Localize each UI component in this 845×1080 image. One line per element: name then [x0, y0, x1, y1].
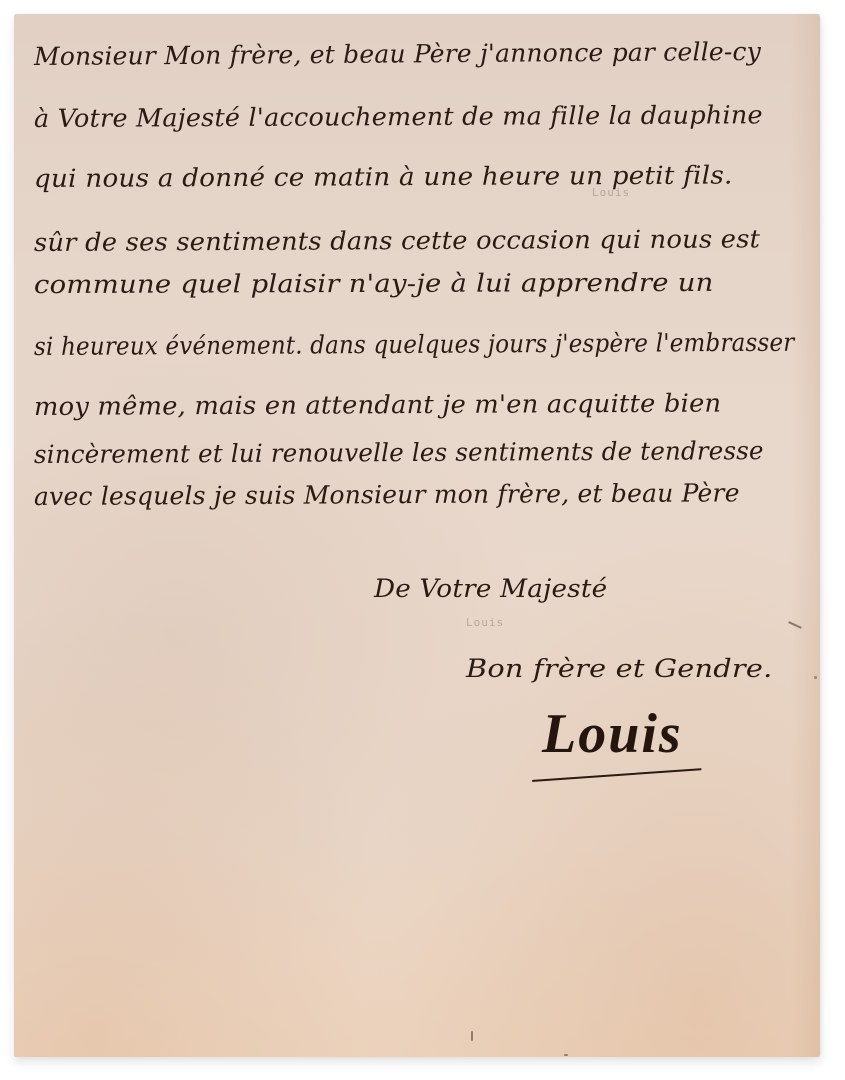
closing-line-2: Bon frère et Gendre. — [466, 654, 772, 683]
letter-line-5: commune quel plaisir n'ay-je à lui appre… — [34, 268, 714, 299]
signature-underline — [532, 768, 702, 782]
stamp-mark-middle: Louis — [466, 616, 504, 629]
letter-paper: Monsieur Mon frère, et beau Père j'annon… — [14, 14, 820, 1057]
ink-speck — [814, 676, 817, 679]
closing-line-1: De Votre Majesté — [374, 574, 607, 603]
letter-line-9: avec lesquels je suis Monsieur mon frère… — [34, 478, 740, 511]
letter-line-1: Monsieur Mon frère, et beau Père j'annon… — [34, 37, 761, 71]
letter-line-4: sûr de ses sentiments dans cette occasio… — [34, 224, 760, 257]
ink-mark — [788, 621, 802, 629]
signature: Louis — [542, 702, 683, 766]
stamp-mark-upper: Louis — [592, 186, 630, 199]
stage: Monsieur Mon frère, et beau Père j'annon… — [0, 0, 845, 1080]
letter-line-8: sincèrement et lui renouvelle les sentim… — [34, 436, 764, 469]
ink-speck — [471, 1031, 473, 1041]
ink-speck — [564, 1054, 568, 1056]
letter-line-2: à Votre Majesté l'accouchement de ma fil… — [34, 100, 763, 133]
letter-line-6: si heureux événement. dans quelques jour… — [34, 328, 795, 361]
letter-line-7: moy même, mais en attendant je m'en acqu… — [34, 389, 721, 421]
